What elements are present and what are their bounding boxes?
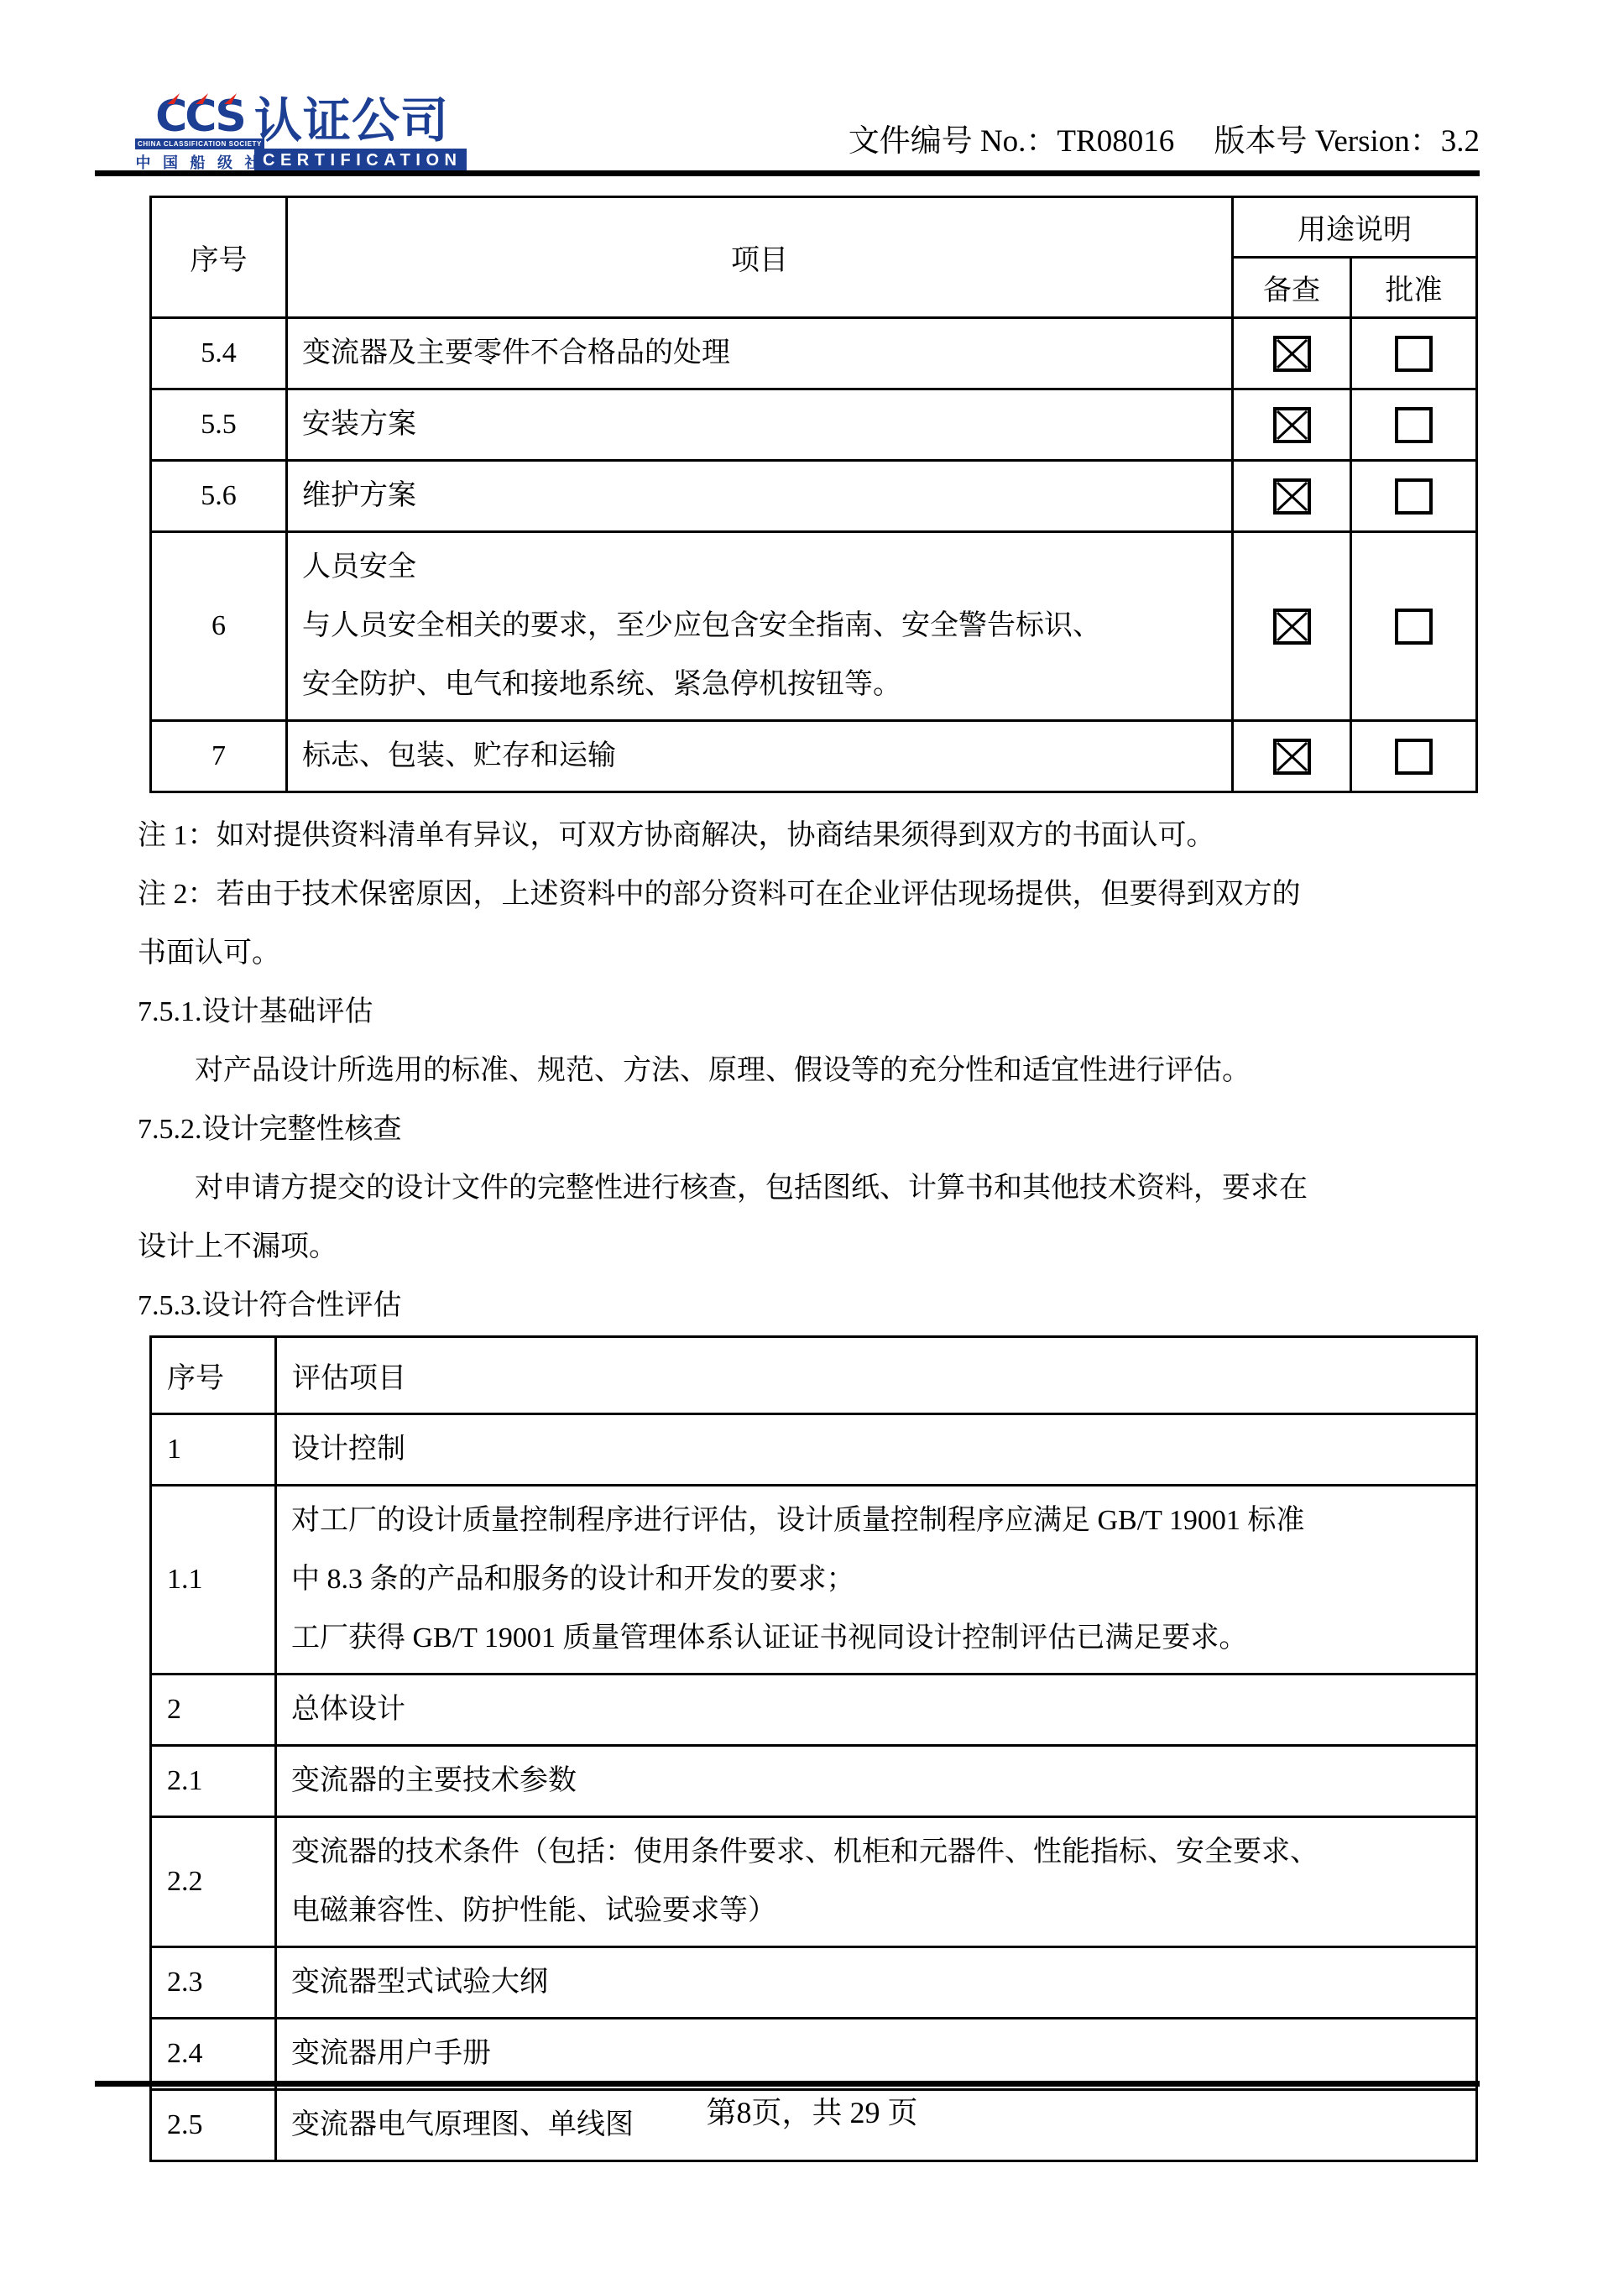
row-item-cell: 维护方案 xyxy=(287,461,1233,532)
approval-unchecked-checkbox xyxy=(1395,739,1433,775)
filing-cell xyxy=(1233,721,1351,792)
approval-unchecked-checkbox xyxy=(1395,407,1433,443)
section-body-7-5-1: 对产品设计所选用的标准、规范、方法、原理、假设等的充分性和适宜性进行评估。 xyxy=(138,1042,1497,1100)
checkbox-x-mark-icon xyxy=(1277,410,1308,440)
ccs-logo: CCS CHINA CLASSIFICATION SOCIETY 中 国 船 级… xyxy=(156,97,467,174)
ccs-logo-left: CCS CHINA CLASSIFICATION SOCIETY 中 国 船 级… xyxy=(156,97,243,173)
document-page: CCS CHINA CLASSIFICATION SOCIETY 中 国 船 级… xyxy=(0,0,1624,2278)
row-item-cell: 安装方案 xyxy=(287,389,1233,461)
checkbox-x-mark-icon xyxy=(1277,339,1308,368)
col-header-no: 序号 xyxy=(151,1337,276,1414)
approval-cell xyxy=(1351,532,1477,721)
footer-rule xyxy=(95,2081,1480,2087)
section-body-7-5-2: 对申请方提交的设计文件的完整性进行核查，包括图纸、计算书和其他技术资料，要求在 … xyxy=(138,1159,1497,1277)
col-header-assessment-item: 评估项目 xyxy=(276,1337,1477,1414)
table-row: 2总体设计 xyxy=(151,1675,1477,1746)
table-row: 2.3变流器型式试验大纲 xyxy=(151,1947,1477,2019)
approval-cell xyxy=(1351,721,1477,792)
row-item-cell: 变流器的技术条件（包括：使用条件要求、机柜和元器件、性能指标、安全要求、 电磁兼… xyxy=(276,1817,1477,1947)
filing-checked-checkbox xyxy=(1273,609,1311,645)
approval-unchecked-checkbox xyxy=(1395,336,1433,372)
table-header-row: 序号 评估项目 xyxy=(151,1337,1477,1414)
row-no-cell: 2.1 xyxy=(151,1746,276,1817)
table-row: 2.2变流器的技术条件（包括：使用条件要求、机柜和元器件、性能指标、安全要求、 … xyxy=(151,1817,1477,1947)
doc-number: 文件编号 No.：TR08016 xyxy=(849,124,1175,159)
approval-cell xyxy=(1351,389,1477,461)
approval-unchecked-checkbox xyxy=(1395,609,1433,645)
checkbox-x-mark-icon xyxy=(1277,742,1308,771)
row-item-cell: 设计控制 xyxy=(276,1414,1477,1486)
row-item-cell: 对工厂的设计质量控制程序进行评估，设计质量控制程序应满足 GB/T 19001 … xyxy=(276,1486,1477,1675)
table-row: 5.5安装方案 xyxy=(151,389,1477,461)
row-no-cell: 6 xyxy=(151,532,287,721)
row-no-cell: 2 xyxy=(151,1675,276,1746)
filing-checked-checkbox xyxy=(1273,407,1311,443)
row-item-cell: 变流器及主要零件不合格品的处理 xyxy=(287,318,1233,389)
col-header-item: 项目 xyxy=(287,197,1233,318)
filing-cell xyxy=(1233,389,1351,461)
section-heading-7-5-2: 7.5.2.设计完整性核查 xyxy=(138,1100,1497,1159)
checkbox-x-mark-icon xyxy=(1277,612,1308,641)
col-header-usage: 用途说明 xyxy=(1233,197,1477,258)
assessment-table: 序号 评估项目 1设计控制1.1对工厂的设计质量控制程序进行评估，设计质量控制程… xyxy=(149,1335,1478,2162)
checkbox-x-mark-icon xyxy=(1277,482,1308,511)
table-row: 5.4变流器及主要零件不合格品的处理 xyxy=(151,318,1477,389)
note-1: 注 1：如对提供资料清单有异议，可双方协商解决，协商结果须得到双方的书面认可。 xyxy=(138,807,1497,865)
col-header-no: 序号 xyxy=(151,197,287,318)
materials-table: 序号 项目 用途说明 备查 批准 5.4变流器及主要零件不合格品的处理5.5安装… xyxy=(149,196,1478,793)
filing-checked-checkbox xyxy=(1273,739,1311,775)
table-row: 2.1变流器的主要技术参数 xyxy=(151,1746,1477,1817)
filing-cell xyxy=(1233,461,1351,532)
table-header-row: 序号 项目 用途说明 xyxy=(151,197,1477,258)
note-2: 注 2：若由于技术保密原因，上述资料中的部分资料可在企业评估现场提供，但要得到双… xyxy=(138,865,1497,983)
row-item-cell: 总体设计 xyxy=(276,1675,1477,1746)
row-no-cell: 5.5 xyxy=(151,389,287,461)
col-header-filing: 备查 xyxy=(1233,258,1351,318)
approval-cell xyxy=(1351,461,1477,532)
page-content: 序号 项目 用途说明 备查 批准 5.4变流器及主要零件不合格品的处理5.5安装… xyxy=(149,196,1475,2162)
row-no-cell: 1 xyxy=(151,1414,276,1486)
approval-cell xyxy=(1351,318,1477,389)
row-item-cell: 人员安全 与人员安全相关的要求，至少应包含安全指南、安全警告标识、 安全防护、电… xyxy=(287,532,1233,721)
row-no-cell: 2.2 xyxy=(151,1817,276,1947)
table-row: 1.1对工厂的设计质量控制程序进行评估，设计质量控制程序应满足 GB/T 190… xyxy=(151,1486,1477,1675)
row-no-cell: 2.3 xyxy=(151,1947,276,2019)
row-item-cell: 变流器用户手册 xyxy=(276,2019,1477,2090)
table-row: 5.6维护方案 xyxy=(151,461,1477,532)
row-no-cell: 1.1 xyxy=(151,1486,276,1675)
table-row: 1设计控制 xyxy=(151,1414,1477,1486)
row-no-cell: 7 xyxy=(151,721,287,792)
ccs-logo-right: 认证公司 CERTIFICATION xyxy=(254,97,467,174)
filing-cell xyxy=(1233,318,1351,389)
table-row: 7标志、包装、贮存和运输 xyxy=(151,721,1477,792)
doc-number-line: 文件编号 No.：TR08016 版本号 Version：3.2 xyxy=(849,123,1480,161)
table-row: 6人员安全 与人员安全相关的要求，至少应包含安全指南、安全警告标识、 安全防护、… xyxy=(151,532,1477,721)
section-heading-7-5-1: 7.5.1.设计基础评估 xyxy=(138,983,1497,1042)
company-name-cn: 认证公司 xyxy=(254,97,467,146)
body-text: 注 1：如对提供资料清单有异议，可双方协商解决，协商结果须得到双方的书面认可。 … xyxy=(138,807,1497,1335)
col-header-approval: 批准 xyxy=(1351,258,1477,318)
header-rule xyxy=(95,170,1480,176)
row-no-cell: 5.4 xyxy=(151,318,287,389)
approval-unchecked-checkbox xyxy=(1395,478,1433,515)
ccs-logo-text: CCS xyxy=(155,97,244,136)
filing-cell xyxy=(1233,532,1351,721)
filing-checked-checkbox xyxy=(1273,336,1311,372)
version-number: 版本号 Version：3.2 xyxy=(1214,124,1480,159)
row-item-cell: 变流器型式试验大纲 xyxy=(276,1947,1477,2019)
filing-checked-checkbox xyxy=(1273,478,1311,515)
section-heading-7-5-3: 7.5.3.设计符合性评估 xyxy=(138,1277,1497,1335)
row-no-cell: 5.6 xyxy=(151,461,287,532)
table-row: 2.4变流器用户手册 xyxy=(151,2019,1477,2090)
row-item-cell: 变流器的主要技术参数 xyxy=(276,1746,1477,1817)
row-item-cell: 标志、包装、贮存和运输 xyxy=(287,721,1233,792)
page-number: 第8页，共 29 页 xyxy=(0,2092,1624,2134)
row-no-cell: 2.4 xyxy=(151,2019,276,2090)
